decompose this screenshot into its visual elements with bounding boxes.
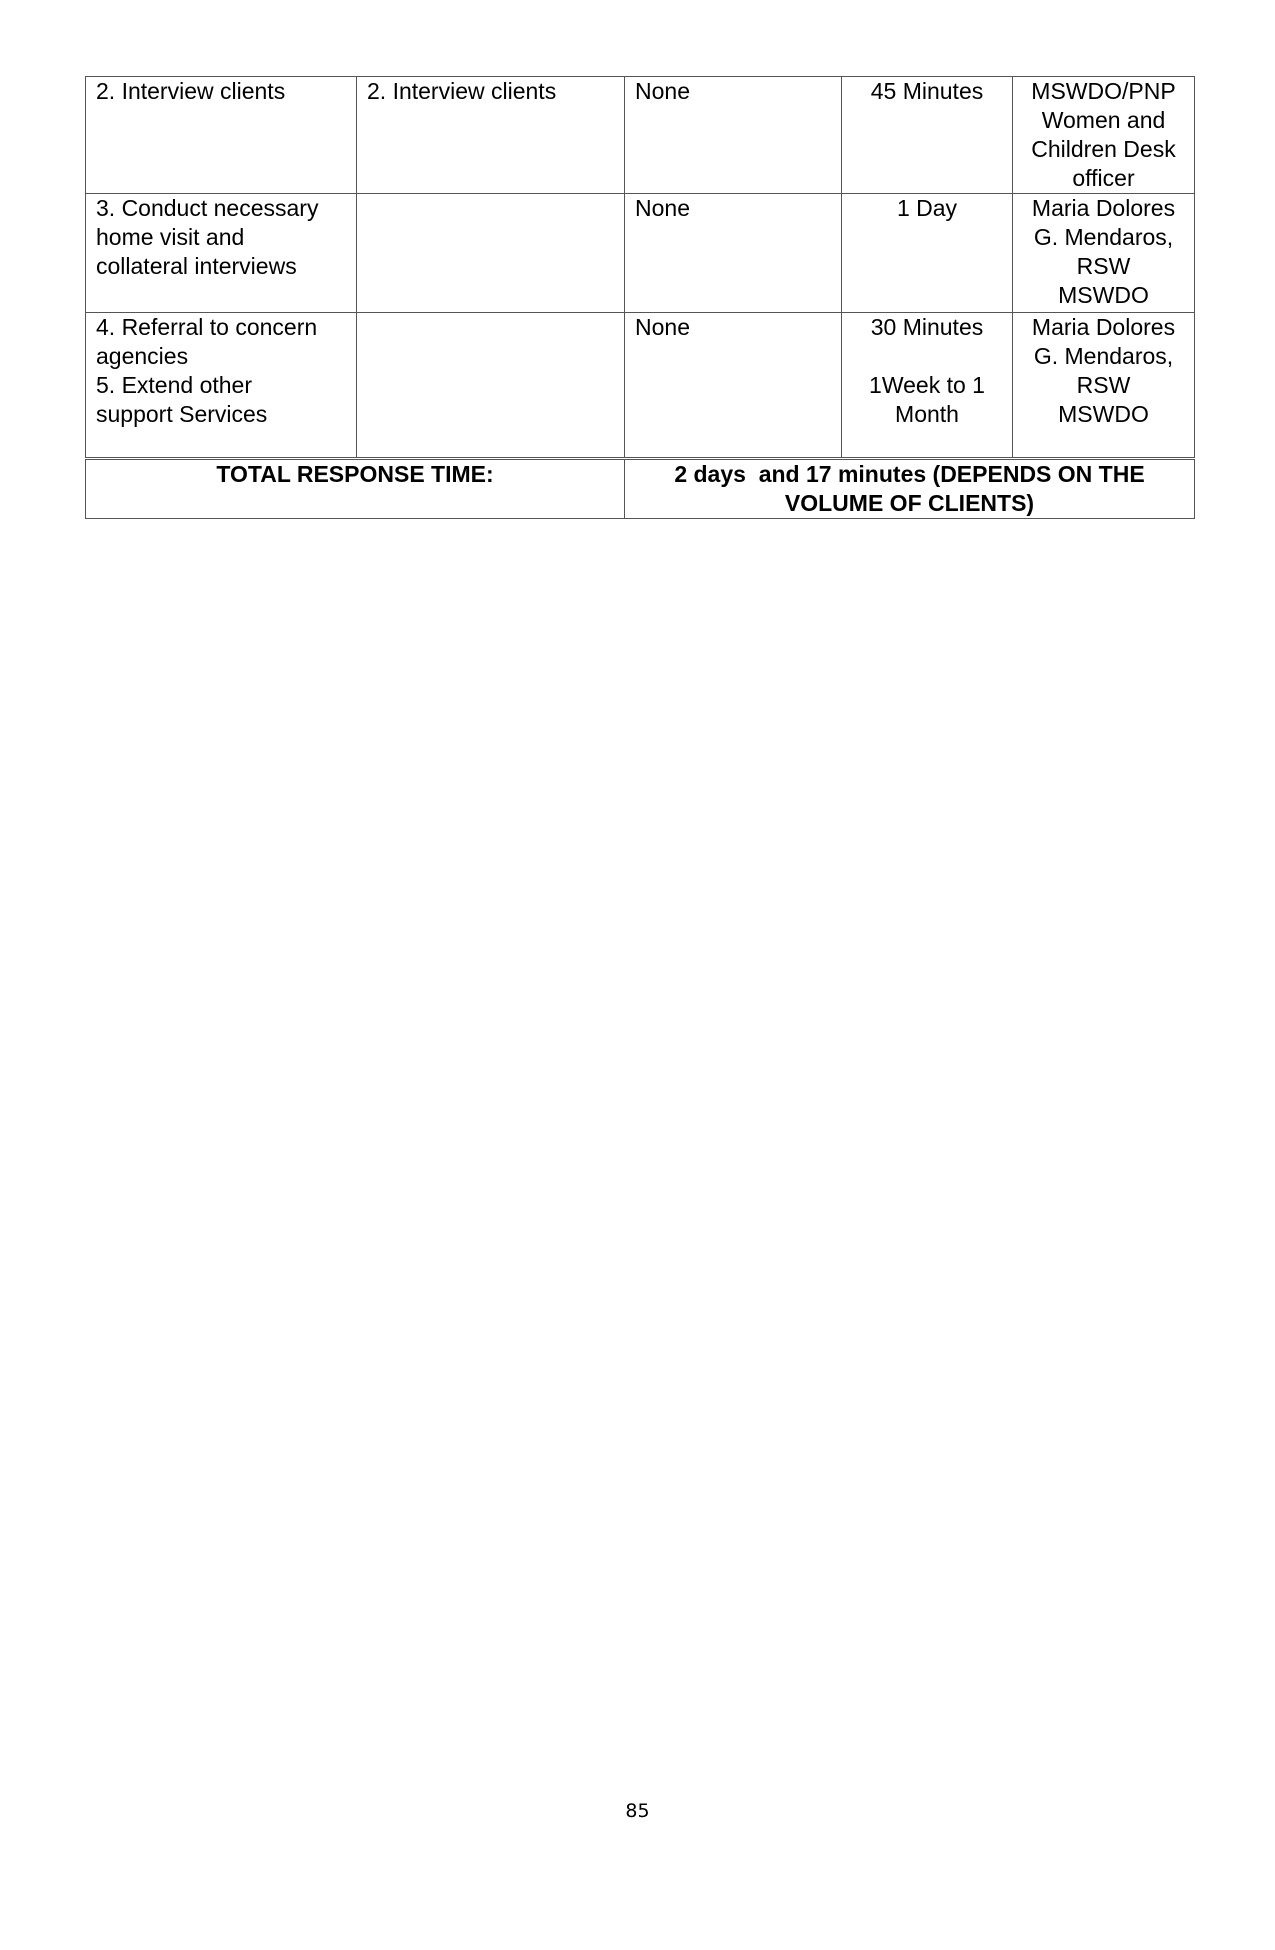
page-number: 85 [0, 1800, 1275, 1822]
total-row: TOTAL RESPONSE TIME: 2 days and 17 minut… [86, 459, 1195, 519]
person-responsible-cell: Maria Dolores G. Mendaros, RSW MSWDO [1013, 313, 1195, 459]
fees-cell: None [625, 194, 842, 313]
client-step-cell: 2. Interview clients [86, 77, 357, 194]
fees-cell: None [625, 77, 842, 194]
processing-time-cell: 30 Minutes 1Week to 1 Month [842, 313, 1013, 459]
person-responsible-cell: MSWDO/PNP Women and Children Desk office… [1013, 77, 1195, 194]
service-steps-table: 2. Interview clients 2. Interview client… [85, 76, 1195, 519]
person-responsible-cell: Maria Dolores G. Mendaros, RSW MSWDO [1013, 194, 1195, 313]
client-step-cell: 4. Referral to concern agencies 5. Exten… [86, 313, 357, 459]
fees-cell: None [625, 313, 842, 459]
table-row: 2. Interview clients 2. Interview client… [86, 77, 1195, 194]
spacer [846, 342, 1008, 371]
table-row: 4. Referral to concern agencies 5. Exten… [86, 313, 1195, 459]
agency-action-cell: 2. Interview clients [357, 77, 625, 194]
agency-action-cell [357, 313, 625, 459]
processing-time-cell: 45 Minutes [842, 77, 1013, 194]
table-row: 3. Conduct necessary home visit and coll… [86, 194, 1195, 313]
agency-action-cell [357, 194, 625, 313]
total-value-cell: 2 days and 17 minutes (DEPENDS ON THE VO… [625, 459, 1195, 519]
client-step-cell: 3. Conduct necessary home visit and coll… [86, 194, 357, 313]
total-label-cell: TOTAL RESPONSE TIME: [86, 459, 625, 519]
processing-time-cell: 1 Day [842, 194, 1013, 313]
